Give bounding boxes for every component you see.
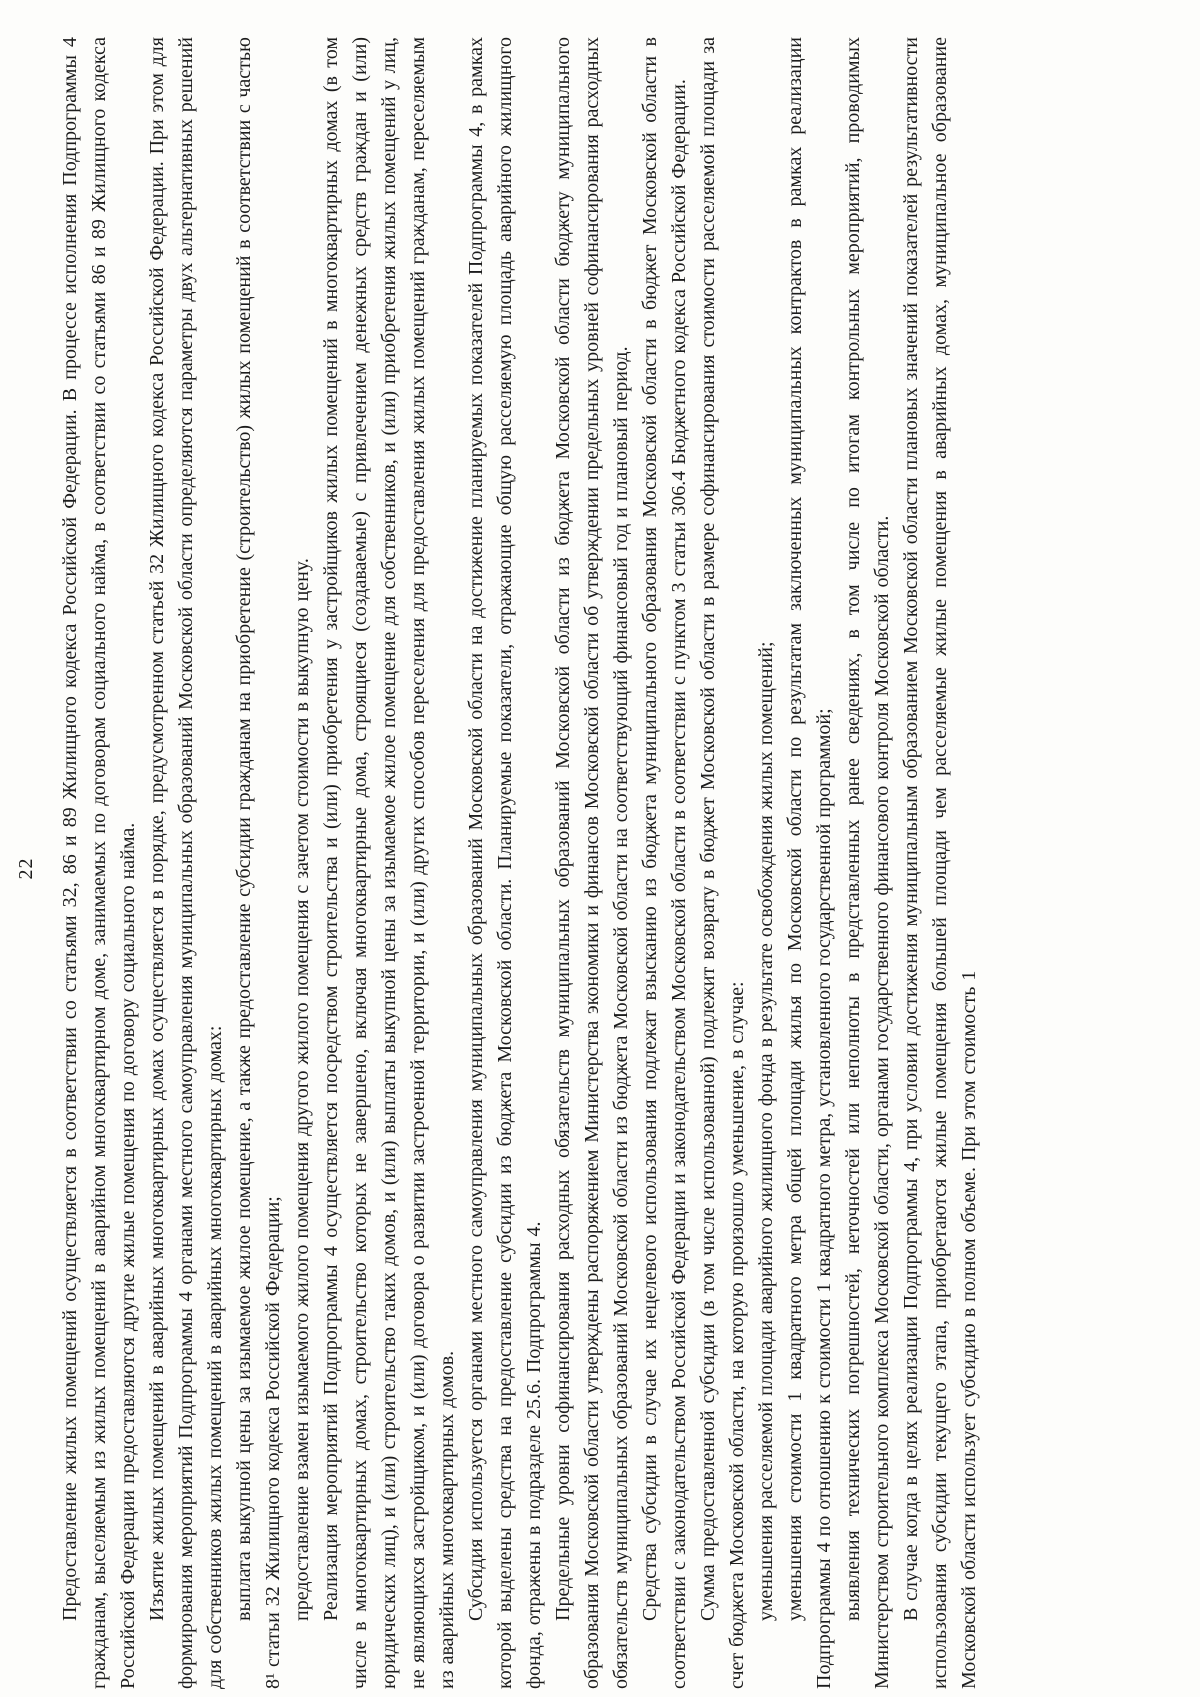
paragraph: Предоставление жилых помещений осуществл… [56,37,143,1689]
paragraph: Изъятие жилых помещений в аварийных мног… [143,37,230,1689]
paragraph: выявления технических погрешностей, нето… [839,37,897,1689]
paragraph: уменьшения расселяемой площади аварийног… [752,37,781,1689]
paragraph: Реализация мероприятий Подпрограммы 4 ос… [317,37,462,1689]
page-number: 22 [14,40,38,1697]
paragraph: Субсидия используется органами местного … [462,37,549,1689]
paragraph: выплата выкупной цены за изымаемое жилое… [230,37,288,1689]
paragraph: предоставление взамен изымаемого жилого … [288,37,317,1689]
paragraph: В случае когда в целях реализации Подпро… [897,37,984,1689]
rotated-page-content: 22 Предоставление жилых помещений осущес… [0,0,1200,1697]
paragraph: Предельные уровни софинансирования расхо… [549,37,636,1689]
scanned-document-page: 22 Предоставление жилых помещений осущес… [0,0,1200,1697]
paragraph: уменьшения стоимости 1 квадратного метра… [781,37,839,1689]
document-body: Предоставление жилых помещений осуществл… [56,37,984,1689]
paragraph: Сумма предоставленной субсидии (в том чи… [694,37,752,1689]
paragraph: Средства субсидии в случае их нецелевого… [636,37,694,1689]
